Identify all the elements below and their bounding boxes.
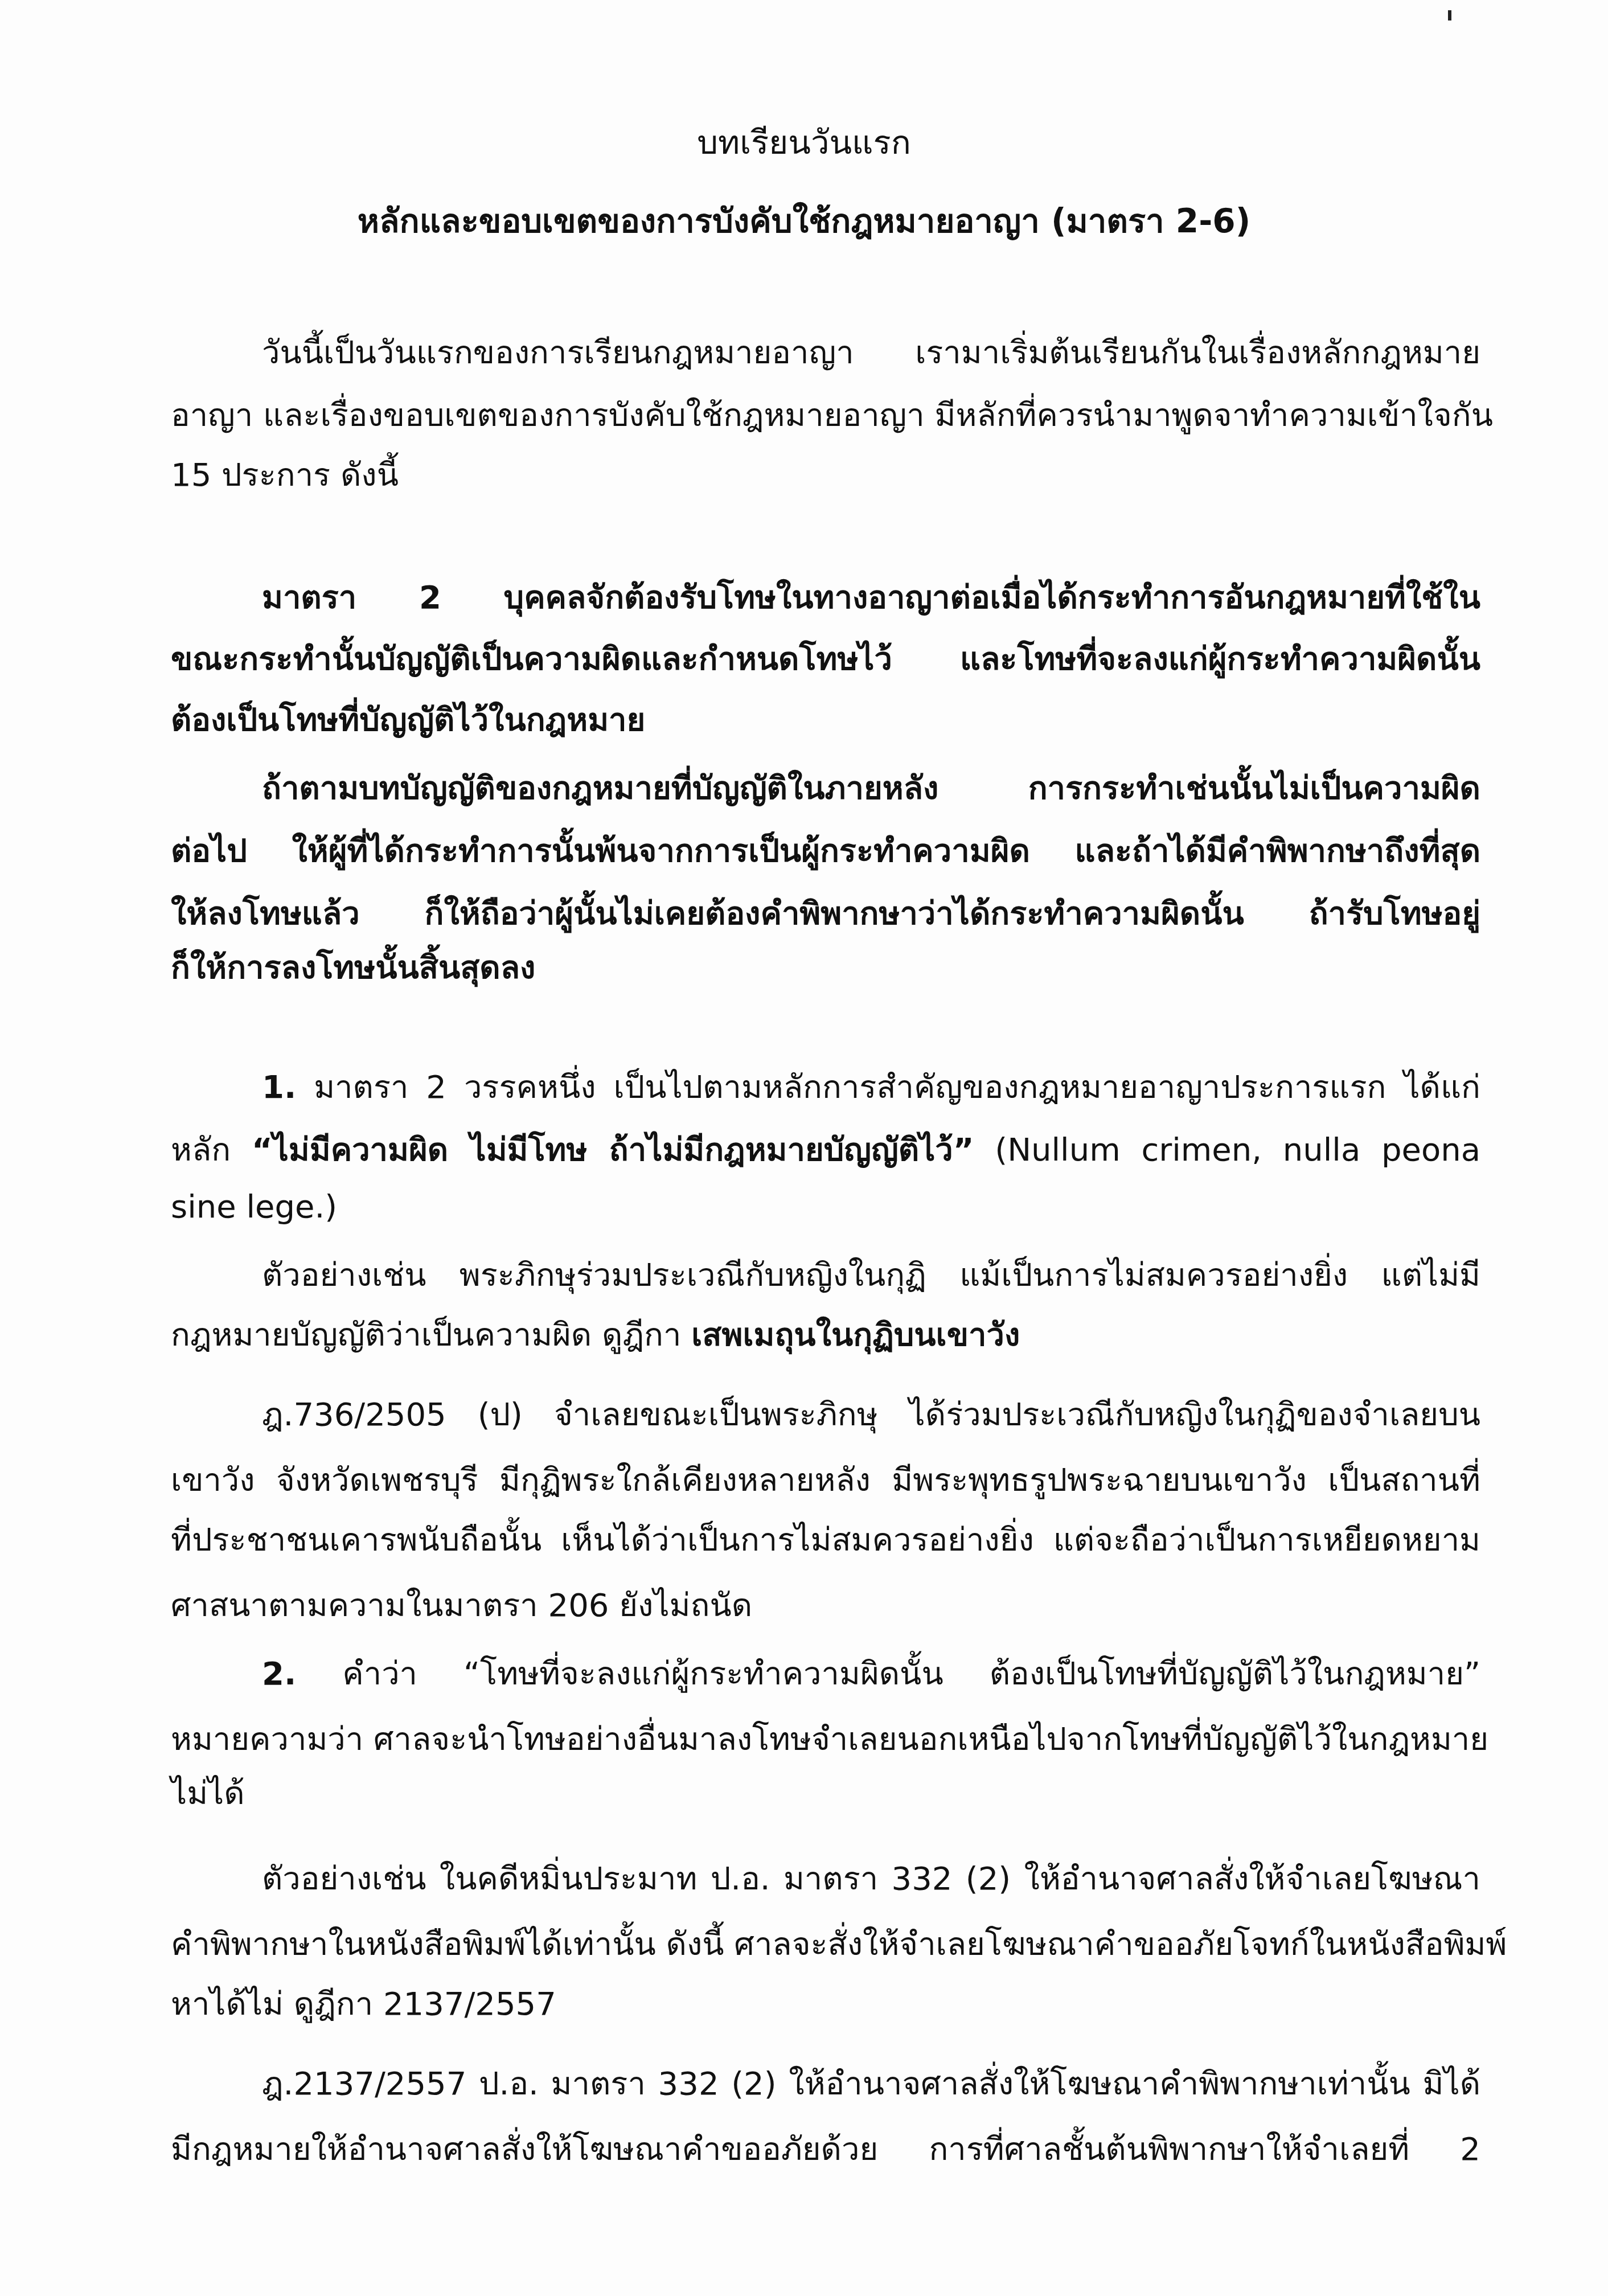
case-line: มีกฎหมายให้อำนาจศาลสั่งให้โฆษณาคำขออภัยด… [171, 2127, 1480, 2172]
intro-line: อาญา และเรื่องขอบเขตของการบังคับใช้กฎหมา… [171, 393, 1480, 438]
case-line: ที่ประชาชนเคารพนับถือนั้น เห็นได้ว่าเป็น… [171, 1518, 1480, 1563]
point2-line: ไม่ได้ [171, 1771, 1480, 1817]
page-mark [1448, 10, 1451, 20]
case-line: ฎ.736/2505 (ป) จำเลยขณะเป็นพระภิกษุ ได้ร… [262, 1392, 1480, 1438]
point2-line: หมายความว่า ศาลจะนำโทษอย่างอื่นมาลงโทษจำ… [171, 1717, 1480, 1762]
section2-line: ต้องเป็นโทษที่บัญญัติไว้ในกฎหมาย [171, 698, 1480, 743]
example-line: คำพิพากษาในหนังสือพิมพ์ได้เท่านั้น ดังนี… [171, 1922, 1480, 1967]
maxim: “ไม่มีความผิด ไม่มีโทษ ถ้าไม่มีกฎหมายบัญ… [252, 1131, 974, 1168]
case-line: เขาวัง จังหวัดเพชรบุรี มีกุฏิพระใกล้เคีย… [171, 1458, 1480, 1503]
point-number: 2. [262, 1655, 296, 1692]
case-line: ฎ.2137/2557 ป.อ. มาตรา 332 (2) ให้อำนาจศ… [262, 2061, 1480, 2107]
point1-line: หลัก “ไม่มีความผิด ไม่มีโทษ ถ้าไม่มีกฎหม… [171, 1127, 1480, 1173]
section2-line: มาตรา 2 บุคคลจักต้องรับโทษในทางอาญาต่อเม… [262, 575, 1480, 621]
point-number: 1. [262, 1069, 296, 1106]
intro-line: วันนี้เป็นวันแรกของการเรียนกฎหมายอาญา เร… [262, 330, 1480, 376]
section2-line: ให้ลงโทษแล้ว ก็ให้ถือว่าผู้นั้นไม่เคยต้อ… [171, 891, 1480, 937]
intro-line: 15 ประการ ดังนี้ [171, 453, 1480, 498]
section2-line: ก็ให้การลงโทษนั้นสิ้นสุดลง [171, 945, 1480, 991]
section2-line: ถ้าตามบทบัญญัติของกฎหมายที่บัญญัติในภายห… [262, 766, 1480, 811]
point1-line: 1. มาตรา 2 วรรคหนึ่ง เป็นไปตามหลักการสำค… [262, 1065, 1480, 1110]
section2-line: ขณะกระทำนั้นบัญญัติเป็นความผิดและกำหนดโท… [171, 637, 1480, 682]
point2-line: 2. คำว่า “โทษที่จะลงแก่ผู้กระทำความผิดนั… [262, 1651, 1480, 1697]
case-line: ศาสนาตามความในมาตรา 206 ยังไม่ถนัด [171, 1583, 1480, 1629]
example-line: ตัวอย่างเช่น พระภิกษุร่วมประเวณีกับหญิงใ… [262, 1253, 1480, 1298]
page-title: บทเรียนวันแรก [0, 120, 1608, 165]
page-subtitle: หลักและขอบเขตของการบังคับใช้กฎหมายอาญา (… [0, 198, 1608, 244]
case-title: เสพเมถุนในกุฏิบนเขาวัง [691, 1317, 1020, 1354]
example-line: กฎหมายบัญญัติว่าเป็นความผิด ดูฎีกา เสพเม… [171, 1313, 1480, 1358]
point1-line: sine lege.) [171, 1184, 1480, 1230]
example-line: ตัวอย่างเช่น ในคดีหมิ่นประมาท ป.อ. มาตรา… [262, 1856, 1480, 1902]
example-line: หาได้ไม่ ดูฎีกา 2137/2557 [171, 1982, 1480, 2027]
section2-line: ต่อไป ให้ผู้ที่ได้กระทำการนั้นพ้นจากการเ… [171, 829, 1480, 874]
